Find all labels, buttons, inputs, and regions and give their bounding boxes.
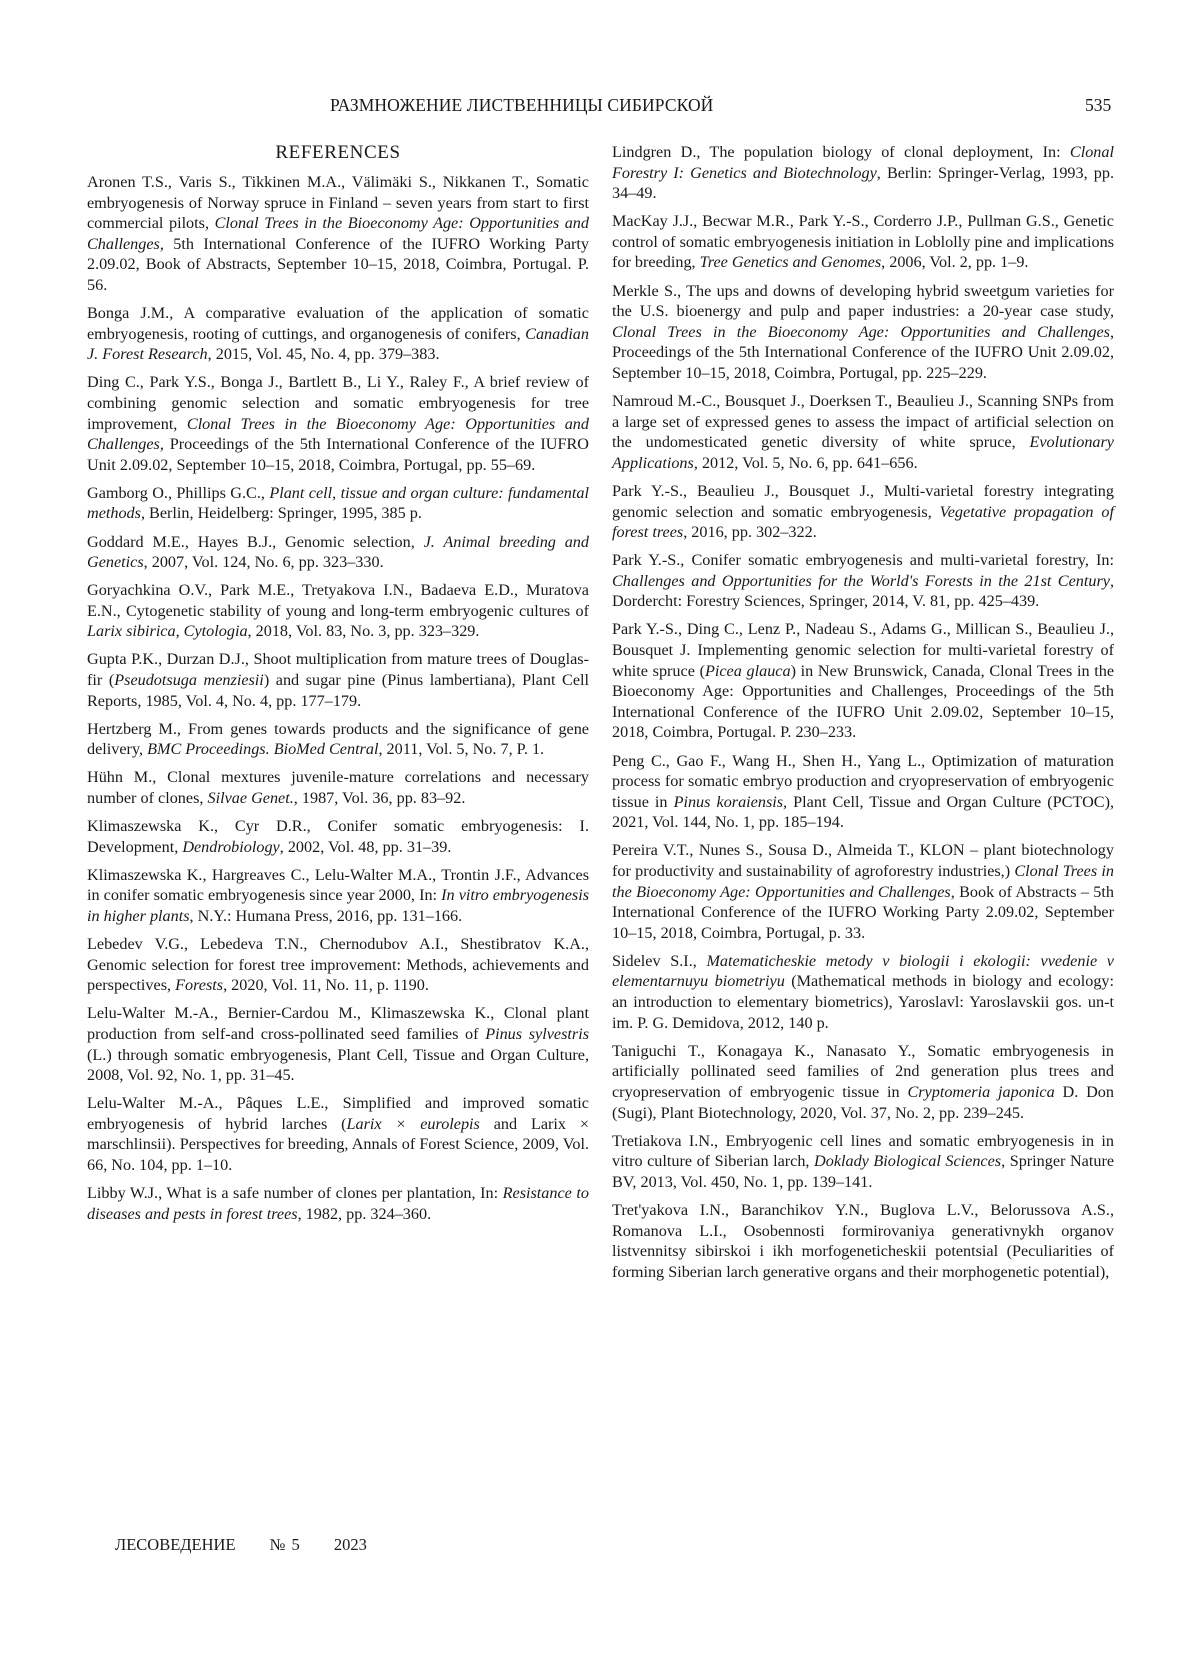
footer-journal: ЛЕСОВЕДЕНИЕ bbox=[115, 1535, 236, 1555]
right-column: Lindgren D., The population biology of c… bbox=[612, 142, 1114, 1290]
reference-entry: Gamborg O., Phillips G.C., Plant cell, t… bbox=[87, 483, 589, 524]
reference-entry: Lelu-Walter M.-A., Pâques L.E., Simplifi… bbox=[87, 1093, 589, 1175]
reference-entry: Namroud M.-C., Bousquet J., Doerksen T.,… bbox=[612, 391, 1114, 473]
section-heading: REFERENCES bbox=[87, 142, 589, 164]
reference-entry: Klimaszewska K., Cyr D.R., Conifer somat… bbox=[87, 816, 589, 857]
reference-details: , 2016, pp. 302–322. bbox=[683, 523, 817, 541]
reference-details: , 2012, Vol. 5, No. 6, pp. 641–656. bbox=[694, 454, 918, 472]
reference-entry: MacKay J.J., Becwar M.R., Park Y.-S., Co… bbox=[612, 211, 1114, 273]
reference-entry: Tretiakova I.N., Embryogenic cell lines … bbox=[612, 1131, 1114, 1193]
reference-entry: Taniguchi T., Konagaya K., Nanasato Y., … bbox=[612, 1041, 1114, 1123]
reference-source-title: Larix × eurolepis bbox=[347, 1115, 480, 1133]
reference-source-title: Challenges and Opportunities for the Wor… bbox=[612, 572, 1110, 590]
reference-entry: Park Y.-S., Beaulieu J., Bousquet J., Mu… bbox=[612, 481, 1114, 543]
reference-source-title: Forests bbox=[175, 976, 223, 994]
reference-entry: Hertzberg M., From genes towards product… bbox=[87, 719, 589, 760]
reference-details: , 2006, Vol. 2, pp. 1–9. bbox=[881, 253, 1028, 271]
reference-list-right: Lindgren D., The population biology of c… bbox=[612, 142, 1114, 1282]
reference-source-title: Dendrobiology bbox=[182, 838, 279, 856]
reference-text: Tret'yakova I.N., Baranchikov Y.N., Bugl… bbox=[612, 1201, 1114, 1281]
reference-source-title: Tree Genetics and Genomes bbox=[700, 253, 881, 271]
reference-details: , 1987, Vol. 36, pp. 83–92. bbox=[294, 789, 466, 807]
page-number: 535 bbox=[1085, 95, 1111, 116]
reference-details: , Berlin, Heidelberg: Springer, 1995, 38… bbox=[141, 504, 422, 522]
reference-source-title: Larix sibirica, Cytologia bbox=[87, 622, 248, 640]
reference-source-title: Silvae Genet. bbox=[207, 789, 293, 807]
reference-details: , 2020, Vol. 11, No. 11, p. 1190. bbox=[223, 976, 429, 994]
reference-details: , 5th International Conference of the IU… bbox=[87, 235, 589, 294]
reference-source-title: Pinus sylvestris bbox=[485, 1025, 589, 1043]
reference-entry: Peng C., Gao F., Wang H., Shen H., Yang … bbox=[612, 751, 1114, 833]
running-head: РАЗМНОЖЕНИЕ ЛИСТВЕННИЦЫ СИБИРСКОЙ bbox=[330, 95, 713, 116]
footer-issue: № 5 bbox=[270, 1535, 300, 1555]
reference-source-title: BMC Proceedings. BioMed Central bbox=[147, 740, 378, 758]
reference-entry: Libby W.J., What is a safe number of clo… bbox=[87, 1183, 589, 1224]
reference-entry: Klimaszewska K., Hargreaves C., Lelu-Wal… bbox=[87, 865, 589, 927]
footer-year: 2023 bbox=[334, 1535, 367, 1555]
reference-source-title: Picea glauca bbox=[705, 662, 791, 680]
reference-entry: Pereira V.T., Nunes S., Sousa D., Almeid… bbox=[612, 840, 1114, 943]
reference-text: Libby W.J., What is a safe number of clo… bbox=[87, 1184, 503, 1202]
reference-source-title: Doklady Biological Sciences bbox=[814, 1152, 1001, 1170]
reference-source-title: Cryptomeria japonica bbox=[907, 1083, 1054, 1101]
reference-details: , Proceedings of the 5th International C… bbox=[87, 435, 589, 474]
reference-text: Sidelev S.I., bbox=[612, 952, 706, 970]
reference-text: Park Y.-S., Conifer somatic embryogenesi… bbox=[612, 551, 1114, 569]
reference-entry: Park Y.-S., Ding C., Lenz P., Nadeau S.,… bbox=[612, 619, 1114, 743]
reference-list-left: Aronen T.S., Varis S., Tikkinen M.A., Vä… bbox=[87, 172, 589, 1224]
reference-entry: Gupta P.K., Durzan D.J., Shoot multiplic… bbox=[87, 649, 589, 711]
reference-text: Merkle S., The ups and downs of developi… bbox=[612, 282, 1114, 321]
reference-details: , 2011, Vol. 5, No. 7, P. 1. bbox=[378, 740, 544, 758]
reference-entry: Merkle S., The ups and downs of developi… bbox=[612, 281, 1114, 384]
reference-text: Gamborg O., Phillips G.C., bbox=[87, 484, 269, 502]
reference-entry: Park Y.-S., Conifer somatic embryogenesi… bbox=[612, 550, 1114, 612]
reference-details: , N.Y.: Humana Press, 2016, pp. 131–166. bbox=[190, 907, 463, 925]
reference-text: Goddard M.E., Hayes B.J., Genomic select… bbox=[87, 533, 424, 551]
reference-entry: Bonga J.M., A comparative evaluation of … bbox=[87, 303, 589, 365]
reference-details: (L.) through somatic embryogenesis, Plan… bbox=[87, 1046, 589, 1085]
reference-source-title: Pseudotsuga menziesii bbox=[114, 671, 264, 689]
reference-source-title: Pinus koraiensis, bbox=[674, 793, 788, 811]
reference-entry: Ding C., Park Y.S., Bonga J., Bartlett B… bbox=[87, 372, 589, 475]
reference-details: , 2018, Vol. 83, No. 3, pp. 323–329. bbox=[248, 622, 480, 640]
footer: ЛЕСОВЕДЕНИЕ № 5 2023 bbox=[115, 1535, 395, 1555]
reference-entry: Lindgren D., The population biology of c… bbox=[612, 142, 1114, 204]
reference-details: , 2002, Vol. 48, pp. 31–39. bbox=[280, 838, 452, 856]
reference-entry: Goddard M.E., Hayes B.J., Genomic select… bbox=[87, 532, 589, 573]
reference-entry: Aronen T.S., Varis S., Tikkinen M.A., Vä… bbox=[87, 172, 589, 296]
reference-entry: Hühn M., Clonal mextures juvenile-mature… bbox=[87, 767, 589, 808]
reference-entry: Lebedev V.G., Lebedeva T.N., Chernodubov… bbox=[87, 934, 589, 996]
reference-details: , 2015, Vol. 45, No. 4, pp. 379–383. bbox=[208, 345, 440, 363]
reference-text: Bonga J.M., A comparative evaluation of … bbox=[87, 304, 589, 343]
reference-text: Lindgren D., The population biology of c… bbox=[612, 143, 1070, 161]
left-column: REFERENCES Aronen T.S., Varis S., Tikkin… bbox=[87, 142, 589, 1232]
reference-entry: Sidelev S.I., Matematicheskie metody v b… bbox=[612, 951, 1114, 1033]
reference-text: Goryachkina O.V., Park M.E., Tretyakova … bbox=[87, 581, 589, 620]
reference-entry: Goryachkina O.V., Park M.E., Tretyakova … bbox=[87, 580, 589, 642]
reference-details: , 2007, Vol. 124, No. 6, pp. 323–330. bbox=[144, 553, 384, 571]
reference-source-title: Clonal Trees in the Bioeconomy Age: Oppo… bbox=[612, 323, 1110, 341]
reference-details: , 1982, pp. 324–360. bbox=[298, 1205, 432, 1223]
reference-entry: Tret'yakova I.N., Baranchikov Y.N., Bugl… bbox=[612, 1200, 1114, 1282]
reference-entry: Lelu-Walter M.-A., Bernier-Cardou M., Kl… bbox=[87, 1003, 589, 1085]
